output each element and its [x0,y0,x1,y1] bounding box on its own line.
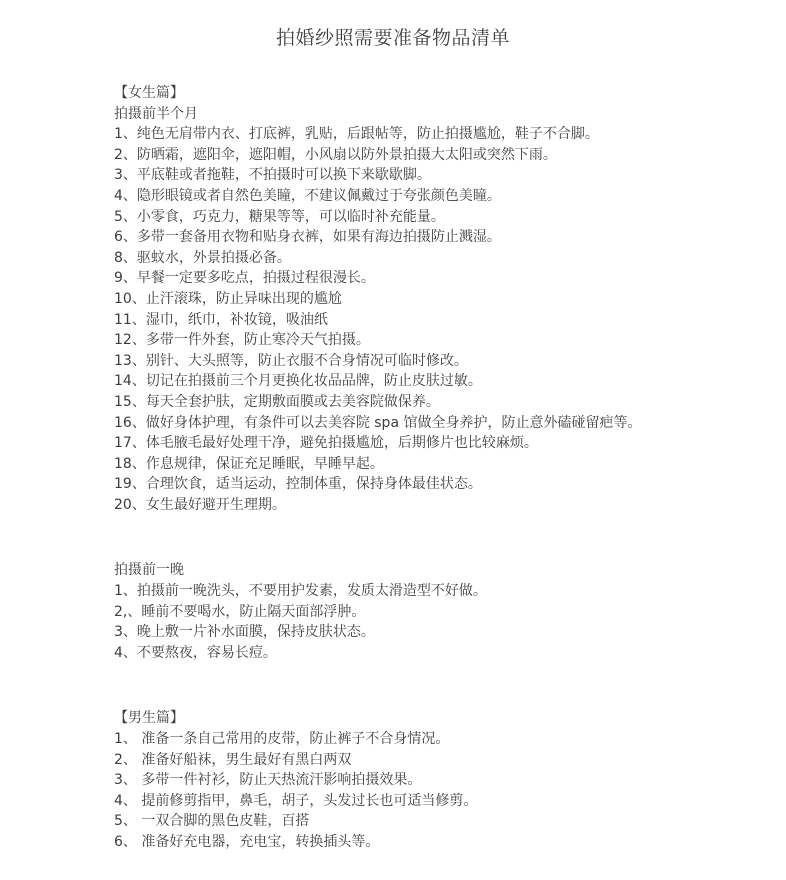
list-item: 5、小零食，巧克力，糖果等等，可以临时补充能量。 [114,207,746,228]
list-item: 3、平底鞋或者拖鞋，不拍摄时可以换下来歇歇脚。 [114,165,746,186]
document-content: 【女生篇】拍摄前半个月1、纯色无肩带内衣、打底裤，乳贴，后跟帖等，防止拍摄尴尬，… [0,83,786,853]
list-item: 3、晚上敷一片补水面膜，保持皮肤状态。 [114,622,746,643]
list-item: 8、驱蚊水，外景拍摄必备。 [114,248,746,269]
section-heading: 【男生篇】 [114,708,746,729]
list-item: 4、 提前修剪指甲，鼻毛，胡子，头发过长也可适当修剪。 [114,791,746,812]
list-item: 12、多带一件外套，防止寒冷天气拍摄。 [114,330,746,351]
section-subheading: 拍摄前一晚 [114,560,746,581]
page-title: 拍婚纱照需要准备物品清单 [0,0,786,50]
list-item: 1、纯色无肩带内衣、打底裤，乳贴，后跟帖等，防止拍摄尴尬，鞋子不合脚。 [114,124,746,145]
list-item: 3、 多带一件衬衫，防止天热流汗影响拍摄效果。 [114,770,746,791]
list-item: 2、防晒霜，遮阳伞，遮阳帽，小风扇以防外景拍摄大太阳或突然下雨。 [114,145,746,166]
list-item: 4、不要熬夜，容易长痘。 [114,643,746,664]
list-item: 6、多带一套备用衣物和贴身衣裤，如果有海边拍摄防止溅湿。 [114,227,746,248]
document-page: 拍婚纱照需要准备物品清单 【女生篇】拍摄前半个月1、纯色无肩带内衣、打底裤，乳贴… [0,0,786,880]
checklist-section: 【男生篇】1、 准备一条自己常用的皮带，防止裤子不合身情况。2、 准备好船袜，男… [114,708,746,852]
list-item: 9、早餐一定要多吃点，拍摄过程很漫长。 [114,268,746,289]
list-item: 16、做好身体护理，有条件可以去美容院 spa 馆做全身养护，防止意外磕碰留疤等… [114,413,746,434]
list-item: 4、隐形眼镜或者自然色美瞳，不建议佩戴过于夸张颜色美瞳。 [114,186,746,207]
list-item: 13、别针、大头照等，防止衣服不合身情况可临时修改。 [114,351,746,372]
list-item: 5、 一双合脚的黑色皮鞋，百搭 [114,811,746,832]
list-item: 1、 准备一条自己常用的皮带，防止裤子不合身情况。 [114,729,746,750]
list-item: 20、女生最好避开生理期。 [114,495,746,516]
section-heading: 【女生篇】 [114,83,746,104]
section-subheading: 拍摄前半个月 [114,104,746,125]
list-item: 19、合理饮食，适当运动，控制体重，保持身体最佳状态。 [114,474,746,495]
list-item: 6、 准备好充电器，充电宝，转换插头等。 [114,832,746,853]
list-item: 10、止汗滚珠，防止异味出现的尴尬 [114,289,746,310]
list-item: 15、每天全套护肤，定期敷面膜或去美容院做保养。 [114,392,746,413]
list-item: 17、体毛腋毛最好处理干净，避免拍摄尴尬，后期修片也比较麻烦。 [114,433,746,454]
list-item: 1、拍摄前一晚洗头，不要用护发素，发质太滑造型不好做。 [114,581,746,602]
checklist-section: 【女生篇】拍摄前半个月1、纯色无肩带内衣、打底裤，乳贴，后跟帖等，防止拍摄尴尬，… [114,83,746,515]
list-item: 18、作息规律，保证充足睡眠，早睡早起。 [114,454,746,475]
list-item: 2、 准备好船袜，男生最好有黑白两双 [114,750,746,771]
list-item: 11、湿巾，纸巾，补妆镜，吸油纸 [114,310,746,331]
checklist-section: 拍摄前一晚1、拍摄前一晚洗头，不要用护发素，发质太滑造型不好做。2,、睡前不要喝… [114,560,746,663]
list-item: 14、切记在拍摄前三个月更换化妆品品牌，防止皮肤过敏。 [114,371,746,392]
list-item: 2,、睡前不要喝水，防止隔天面部浮肿。 [114,602,746,623]
